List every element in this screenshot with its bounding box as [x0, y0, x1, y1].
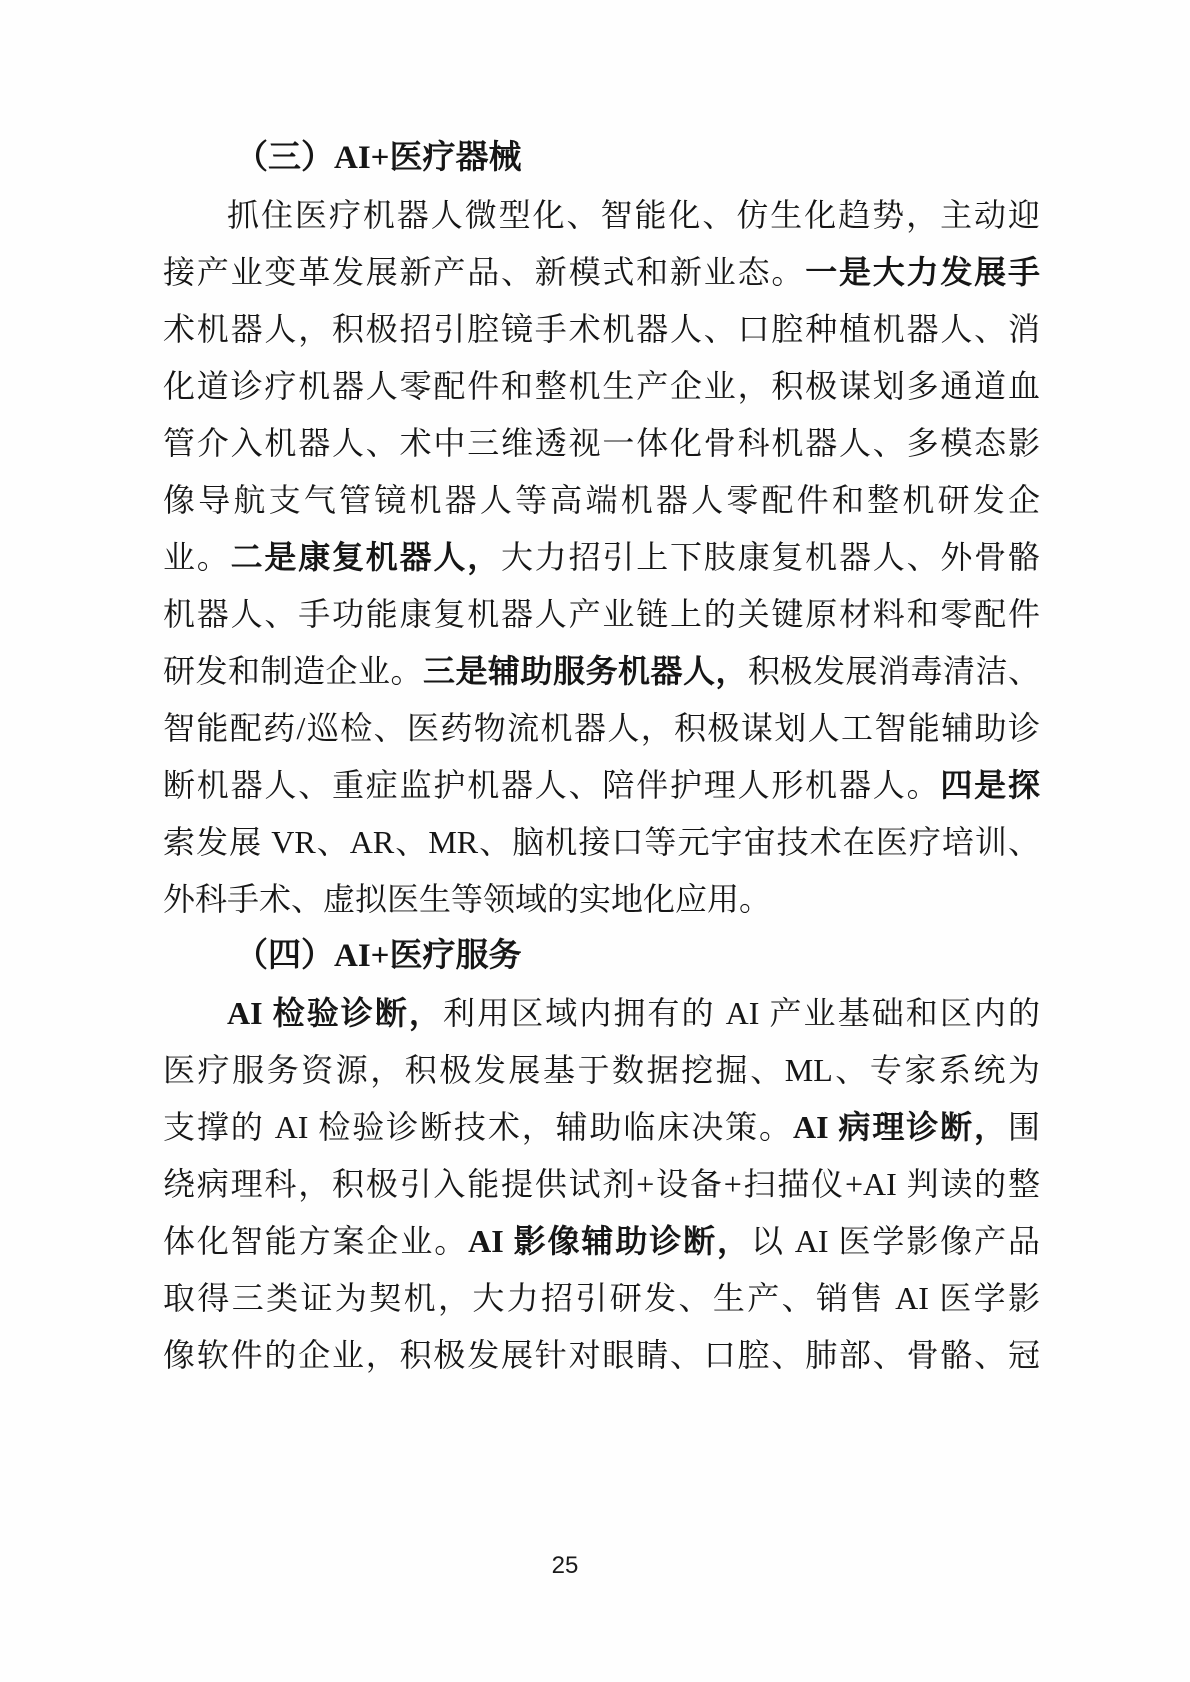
text-line: 绕病理科，积极引入能提供试剂+设备+扫描仪+AI 判读的整 [163, 1156, 1040, 1213]
text-line: 索发展 VR、AR、MR、脑机接口等元宇宙技术在医疗培训、 [163, 814, 1040, 871]
page-number: 25 [0, 1552, 1130, 1580]
text-segment: 研发和制造企业。 [163, 653, 423, 689]
text-segment: 化道诊疗机器人零配件和整机生产企业，积极谋划多通道血 [163, 368, 1040, 404]
text-segment: AI 影像辅助诊断， [468, 1223, 751, 1259]
text-segment: 积极发展消毒清洁、 [748, 653, 1040, 689]
text-segment: 索发展 VR、AR、MR、脑机接口等元宇宙技术在医疗培训、 [163, 824, 1040, 860]
text-line: 研发和制造企业。三是辅助服务机器人，积极发展消毒清洁、 [163, 643, 1040, 700]
text-segment: 以 AI 医学影像产品 [751, 1223, 1040, 1259]
text-line: 支撑的 AI 检验诊断技术，辅助临床决策。AI 病理诊断，围 [163, 1099, 1040, 1156]
text-segment: 像导航支气管镜机器人等高端机器人零配件和整机研发企 [163, 482, 1040, 518]
text-segment: 三是辅助服务机器人， [423, 653, 748, 689]
text-segment: 四是探 [940, 767, 1040, 803]
document-page: （三）AI+医疗器械抓住医疗机器人微型化、智能化、仿生化趋势，主动迎接产业变革发… [0, 0, 1190, 1682]
text-segment: 术机器人，积极招引腔镜手术机器人、口腔种植机器人、消 [163, 311, 1040, 347]
text-segment: 利用区域内拥有的 AI 产业基础和区内的 [443, 995, 1040, 1031]
text-segment: 体化智能方案企业。 [163, 1223, 468, 1259]
text-segment: 接产业变革发展新产品、新模式和新业态。 [163, 254, 805, 290]
text-line: 术机器人，积极招引腔镜手术机器人、口腔种植机器人、消 [163, 301, 1040, 358]
text-segment: 围 [1008, 1109, 1040, 1145]
text-segment: 抓住医疗机器人微型化、智能化、仿生化趋势，主动迎 [227, 197, 1040, 233]
text-line: 化道诊疗机器人零配件和整机生产企业，积极谋划多通道血 [163, 358, 1040, 415]
text-segment: 医疗服务资源，积极发展基于数据挖掘、ML、专家系统为 [163, 1052, 1040, 1088]
document-body: （三）AI+医疗器械抓住医疗机器人微型化、智能化、仿生化趋势，主动迎接产业变革发… [163, 130, 1040, 1384]
text-segment: 二是康复机器人， [231, 539, 501, 575]
text-segment: 支撑的 AI 检验诊断技术，辅助临床决策。 [163, 1109, 793, 1145]
text-line: 业。二是康复机器人，大力招引上下肢康复机器人、外骨骼 [163, 529, 1040, 586]
text-segment: AI 病理诊断， [793, 1109, 1008, 1145]
text-line: 外科手术、虚拟医生等领域的实地化应用。 [163, 871, 1040, 928]
text-line: 像软件的企业，积极发展针对眼睛、口腔、肺部、骨骼、冠 [163, 1327, 1040, 1384]
text-line: 体化智能方案企业。AI 影像辅助诊断，以 AI 医学影像产品 [163, 1213, 1040, 1270]
text-line: 像导航支气管镜机器人等高端机器人零配件和整机研发企 [163, 472, 1040, 529]
text-line: 接产业变革发展新产品、新模式和新业态。一是大力发展手 [163, 244, 1040, 301]
text-segment: 外科手术、虚拟医生等领域的实地化应用。 [163, 881, 771, 917]
text-segment: AI 检验诊断， [227, 995, 443, 1031]
text-segment: 一是大力发展手 [805, 254, 1040, 290]
text-segment: 取得三类证为契机，大力招引研发、生产、销售 AI 医学影 [163, 1280, 1040, 1316]
text-line: 医疗服务资源，积极发展基于数据挖掘、ML、专家系统为 [163, 1042, 1040, 1099]
text-segment: 智能配药/巡检、医药物流机器人，积极谋划人工智能辅助诊 [163, 710, 1040, 746]
text-segment: 绕病理科，积极引入能提供试剂+设备+扫描仪+AI 判读的整 [163, 1166, 1040, 1202]
section-heading: （三）AI+医疗器械 [163, 130, 1040, 187]
text-line: 管介入机器人、术中三维透视一体化骨科机器人、多模态影 [163, 415, 1040, 472]
text-segment: 大力招引上下肢康复机器人、外骨骼 [501, 539, 1040, 575]
text-line: 取得三类证为契机，大力招引研发、生产、销售 AI 医学影 [163, 1270, 1040, 1327]
text-segment: 机器人、手功能康复机器人产业链上的关键原材料和零配件 [163, 596, 1040, 632]
text-line: AI 检验诊断，利用区域内拥有的 AI 产业基础和区内的 [163, 985, 1040, 1042]
text-segment: 像软件的企业，积极发展针对眼睛、口腔、肺部、骨骼、冠 [163, 1337, 1040, 1373]
text-line: 机器人、手功能康复机器人产业链上的关键原材料和零配件 [163, 586, 1040, 643]
section-heading: （四）AI+医疗服务 [163, 928, 1040, 985]
text-segment: 断机器人、重症监护机器人、陪伴护理人形机器人。 [163, 767, 940, 803]
text-segment: 管介入机器人、术中三维透视一体化骨科机器人、多模态影 [163, 425, 1040, 461]
text-line: 抓住医疗机器人微型化、智能化、仿生化趋势，主动迎 [163, 187, 1040, 244]
text-line: 断机器人、重症监护机器人、陪伴护理人形机器人。四是探 [163, 757, 1040, 814]
text-segment: 业。 [163, 539, 231, 575]
text-line: 智能配药/巡检、医药物流机器人，积极谋划人工智能辅助诊 [163, 700, 1040, 757]
